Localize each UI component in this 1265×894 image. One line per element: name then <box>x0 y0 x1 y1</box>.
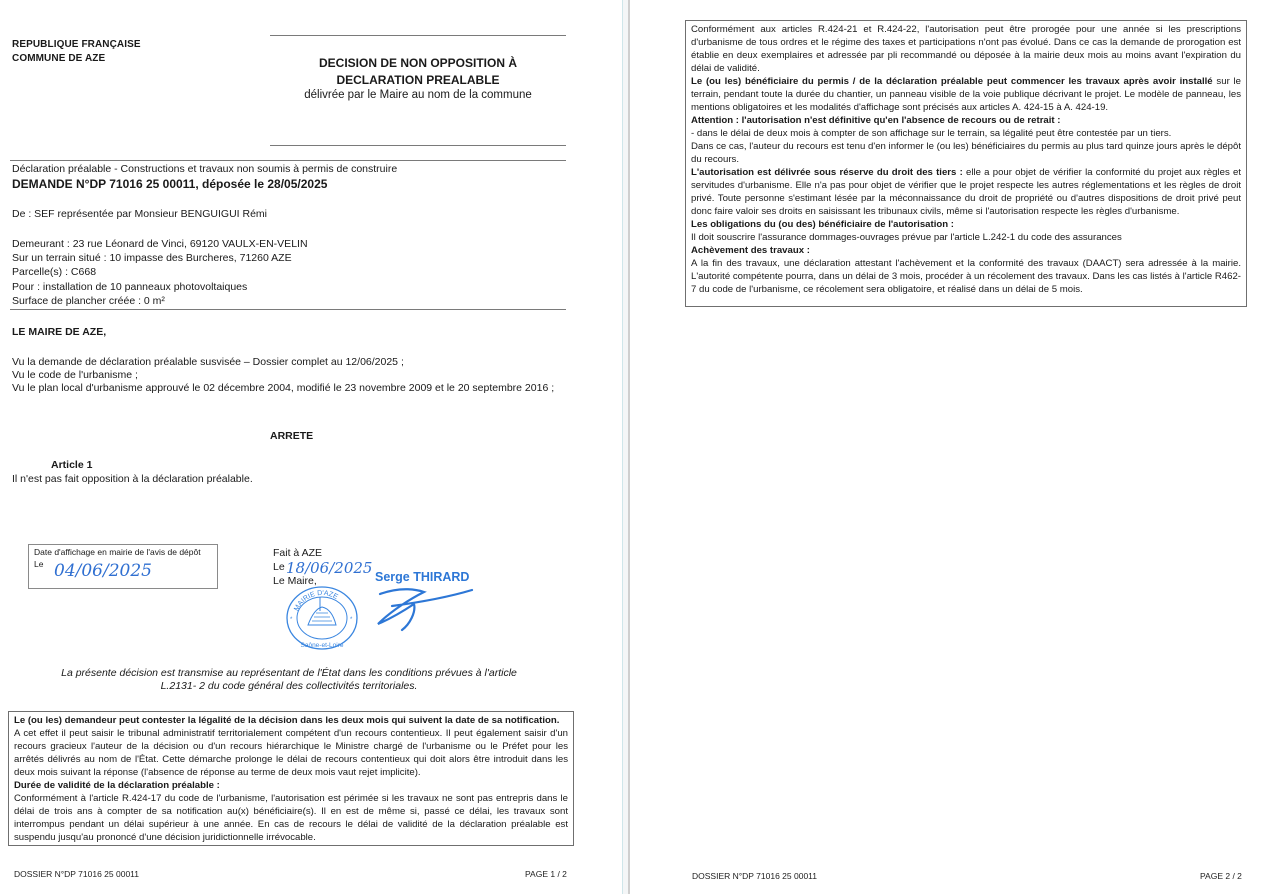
page-divider <box>622 0 630 894</box>
footer-dossier-number: DOSSIER N°DP 71016 25 00011 <box>14 869 139 879</box>
article-title: Article 1 <box>51 459 92 471</box>
title-subtitle: délivrée par le Maire au nom de la commu… <box>270 89 566 101</box>
legal-paragraph-validity: Conformément à l'article R.424-17 du cod… <box>14 792 568 844</box>
obligations-text: Il doit souscrire l'assurance dommages-o… <box>691 231 1241 244</box>
obligations-heading: Les obligations du (ou des) bénéficiaire… <box>691 218 1241 231</box>
request-surface: Surface de plancher créée : 0 m² <box>12 295 165 308</box>
transmission-notice: La présente décision est transmise au re… <box>12 667 566 693</box>
attention-paragraph: Dans ce cas, l'auteur du recours est ten… <box>691 140 1241 166</box>
mayor-heading: LE MAIRE DE AZE, <box>12 326 106 338</box>
start-works-paragraph: Le (ou les) bénéficiaire du permis / de … <box>691 75 1241 114</box>
legal-heading-validity: Durée de validité de la déclaration préa… <box>14 779 568 792</box>
document-page-1: REPUBLIQUE FRANÇAISE COMMUNE DE AZE DECI… <box>0 0 622 894</box>
article-text: Il n'est pas fait opposition à la déclar… <box>12 473 253 486</box>
footer-page-number: PAGE 2 / 2 <box>1200 871 1242 881</box>
posting-date-handwritten: 04/06/2025 <box>54 561 152 581</box>
request-number: DEMANDE N°DP 71016 25 00011, déposée le … <box>12 177 327 191</box>
title-line-1: DECISION DE NON OPPOSITION À <box>270 55 566 72</box>
mayor-name: Serge THIRARD <box>375 570 469 584</box>
document-page-2: Conformément aux articles R.424-21 et R.… <box>630 0 1265 894</box>
document-title: DECISION DE NON OPPOSITION À DECLARATION… <box>270 55 566 101</box>
request-address: Demeurant : 23 rue Léonard de Vinci, 691… <box>12 238 308 251</box>
svg-text:Saône-et-Loire: Saône-et-Loire <box>301 642 344 649</box>
footer-page-number: PAGE 1 / 2 <box>525 869 567 879</box>
svg-text:*: * <box>290 617 293 623</box>
request-top-rule <box>10 160 566 161</box>
arrete-heading: ARRETE <box>270 430 313 442</box>
request-purpose: Pour : installation de 10 panneaux photo… <box>12 281 247 294</box>
request-bottom-rule <box>10 309 566 310</box>
consideration-item: Vu le plan local d'urbanisme approuvé le… <box>12 382 566 395</box>
title-top-rule <box>270 35 566 36</box>
extension-paragraph: Conformément aux articles R.424-21 et R.… <box>691 23 1241 75</box>
attention-item: - dans le délai de deux mois à compter d… <box>691 127 1241 140</box>
third-party-rights-paragraph: L'autorisation est délivrée sous réserve… <box>691 166 1241 218</box>
title-line-2: DECLARATION PREALABLE <box>270 72 566 89</box>
posting-date-le: Le <box>34 559 43 569</box>
posting-date-label: Date d'affichage en mairie de l'avis de … <box>34 547 201 557</box>
attention-heading: Attention : l'autorisation n'est définit… <box>691 114 1241 127</box>
completion-heading: Achèvement des travaux : <box>691 244 1241 257</box>
republic-label: REPUBLIQUE FRANÇAISE <box>12 39 141 50</box>
commune-label: COMMUNE DE AZE <box>12 53 105 64</box>
svg-text:*: * <box>350 617 353 623</box>
transmission-line-1: La présente décision est transmise au re… <box>12 667 566 680</box>
completion-text: A la fin des travaux, une déclaration at… <box>691 257 1241 296</box>
consideration-item: Vu la demande de déclaration préalable s… <box>12 356 566 369</box>
third-party-rights-bold: L'autorisation est délivrée sous réserve… <box>691 167 963 178</box>
posting-date-box: Date d'affichage en mairie de l'avis de … <box>28 544 218 589</box>
footer-dossier-number: DOSSIER N°DP 71016 25 00011 <box>692 871 817 881</box>
request-from: De : SEF représentée par Monsieur BENGUI… <box>12 208 267 221</box>
request-type: Déclaration préalable - Constructions et… <box>12 163 397 176</box>
legal-notice-box: Le (ou les) demandeur peut contester la … <box>8 711 574 846</box>
transmission-line-2: L.2131- 2 du code général des collectivi… <box>12 680 566 693</box>
signature-le: Le <box>273 561 285 574</box>
town-hall-stamp-icon: MAIRIE D'AZE Saône-et-Loire * * <box>284 585 360 651</box>
legal-heading-contest: Le (ou les) demandeur peut contester la … <box>14 714 568 727</box>
considerations: Vu la demande de déclaration préalable s… <box>12 356 566 395</box>
start-works-bold: Le (ou les) bénéficiaire du permis / de … <box>691 76 1213 87</box>
request-land: Sur un terrain situé : 10 impasse des Bu… <box>12 252 292 265</box>
legal-paragraph-contest: A cet effet il peut saisir le tribunal a… <box>14 727 568 779</box>
consideration-item: Vu le code de l'urbanisme ; <box>12 369 566 382</box>
title-bottom-rule <box>270 145 566 146</box>
information-box: Conformément aux articles R.424-21 et R.… <box>685 20 1247 307</box>
mayor-signature-icon <box>372 584 474 632</box>
request-parcel: Parcelle(s) : C668 <box>12 266 96 279</box>
